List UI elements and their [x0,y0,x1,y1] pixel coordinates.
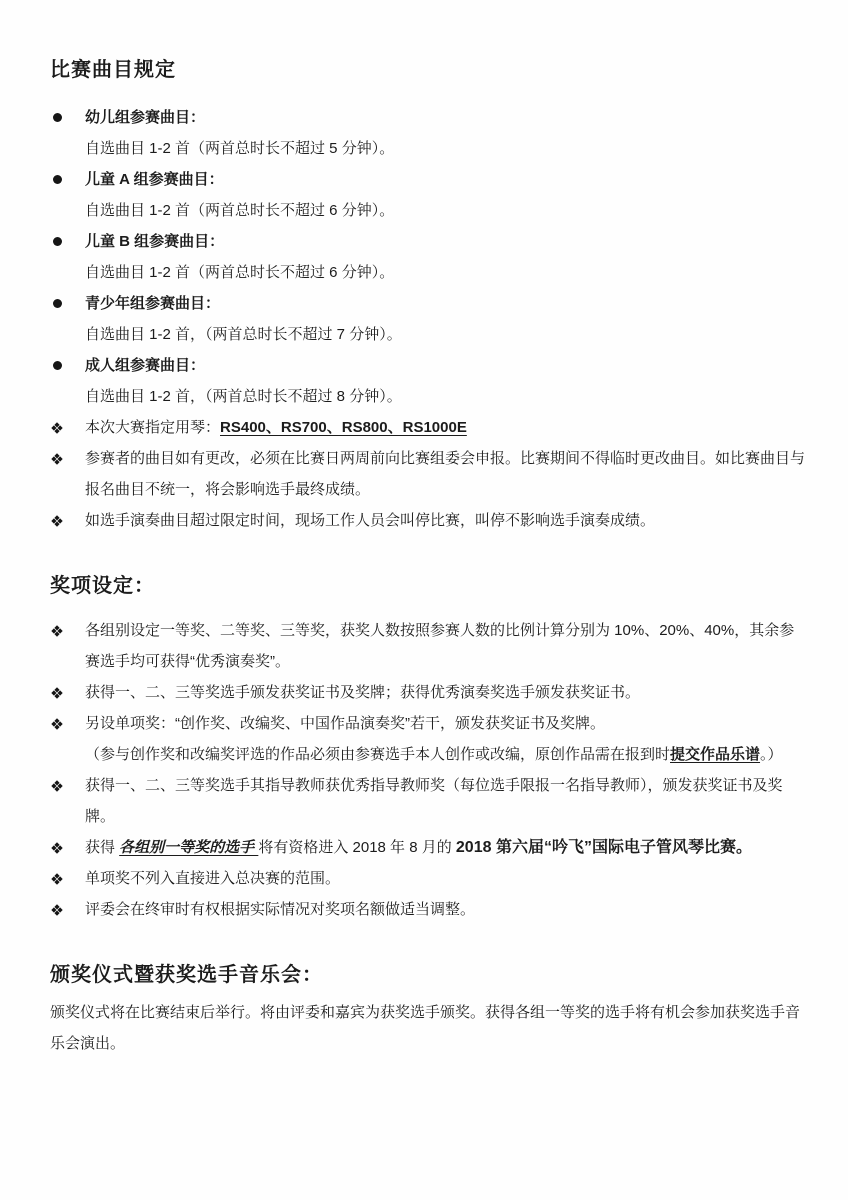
award-special-note: （参与创作奖和改编奖评选的作品必须由参赛选手本人创作或改编，原创作品需在报到时提… [85,739,805,770]
ceremony-section-title: 颁奖仪式暨获奖选手音乐会： [50,961,805,989]
award-item-finals: 获得 各组别一等奖的选手 将有资格进入 2018 年 8 月的 2018 第六届… [50,832,805,863]
group-label: 幼儿组参赛曲目： [85,102,805,133]
group-label: 儿童 B 组参赛曲目： [85,226,805,257]
designated-instruments-models: RS400、RS700、RS800、RS1000E [220,419,467,436]
circle-bullet-icon [53,175,62,184]
diamond-bullet-icon [51,873,63,885]
document-page: 比赛曲目规定 幼儿组参赛曲目： 自选曲目 1-2 首（两首总时长不超过 5 分钟… [0,0,848,1200]
finals-eligible-emphasis: 各组别一等奖的选手 [119,839,258,856]
group-detail: 自选曲目 1-2 首，（两首总时长不超过 8 分钟）。 [85,381,805,412]
group-detail-children-b: 自选曲目 1-2 首（两首总时长不超过 6 分钟）。 [50,257,805,288]
group-detail-youth: 自选曲目 1-2 首，（两首总时长不超过 7 分钟）。 [50,319,805,350]
group-label: 成人组参赛曲目： [85,350,805,381]
award-single-scope-text: 单项奖不列入直接进入总决赛的范围。 [85,863,805,894]
award-item-single-scope: 单项奖不列入直接进入总决赛的范围。 [50,863,805,894]
note-change-policy: 参赛者的曲目如有更改，必须在比赛日两周前向比赛组委会申报。比赛期间不得临时更改曲… [50,443,805,505]
overtime-policy-text: 如选手演奏曲目超过限定时间，现场工作人员会叫停比赛，叫停不影响选手演奏成绩。 [85,505,805,536]
awards-list: 各组别设定一等奖、二等奖、三等奖，获奖人数按照参赛人数的比例计算分别为 10%、… [50,615,805,925]
ceremony-body-paragraph: 颁奖仪式将在比赛结束后举行。将由评委和嘉宾为获奖选手颁奖。获得各组一等奖的选手将… [50,997,805,1059]
circle-bullet-icon [53,113,62,122]
award-special-text: 另设单项奖：“创作奖、改编奖、中国作品演奏奖”若干，颁发获奖证书及奖牌。 [85,708,805,739]
group-item-infant: 幼儿组参赛曲目： [50,102,805,133]
group-detail: 自选曲目 1-2 首（两首总时长不超过 6 分钟）。 [85,257,805,288]
group-detail-children-a: 自选曲目 1-2 首（两首总时长不超过 6 分钟）。 [50,195,805,226]
diamond-bullet-icon [51,515,63,527]
diamond-bullet-icon [51,453,63,465]
group-label: 青少年组参赛曲目： [85,288,805,319]
group-item-children-b: 儿童 B 组参赛曲目： [50,226,805,257]
group-detail: 自选曲目 1-2 首（两首总时长不超过 5 分钟）。 [85,133,805,164]
group-item-children-a: 儿童 A 组参赛曲目： [50,164,805,195]
finals-event-name: 2018 第六届“吟飞”国际电子管风琴比赛。 [456,839,752,856]
group-detail: 自选曲目 1-2 首，（两首总时长不超过 7 分钟）。 [85,319,805,350]
diamond-bullet-icon [51,625,63,637]
group-label: 儿童 A 组参赛曲目： [85,164,805,195]
change-policy-text: 参赛者的曲目如有更改，必须在比赛日两周前向比赛组委会申报。比赛期间不得临时更改曲… [85,443,805,505]
award-jury-text: 评委会在终审时有权根据实际情况对奖项名额做适当调整。 [85,894,805,925]
note-overtime-policy: 如选手演奏曲目超过限定时间，现场工作人员会叫停比赛，叫停不影响选手演奏成绩。 [50,505,805,536]
group-detail-infant: 自选曲目 1-2 首（两首总时长不超过 5 分钟）。 [50,133,805,164]
diamond-bullet-icon [51,904,63,916]
award-item-tier-ratio: 各组别设定一等奖、二等奖、三等奖，获奖人数按照参赛人数的比例计算分别为 10%、… [50,615,805,677]
diamond-bullet-icon [51,780,63,792]
award-tier-ratio-text: 各组别设定一等奖、二等奖、三等奖，获奖人数按照参赛人数的比例计算分别为 10%、… [85,615,805,677]
group-item-youth: 青少年组参赛曲目： [50,288,805,319]
award-item-certificates: 获得一、二、三等奖选手颁发获奖证书及奖牌；获得优秀演奏奖选手颁发获奖证书。 [50,677,805,708]
group-detail-adult: 自选曲目 1-2 首，（两首总时长不超过 8 分钟）。 [50,381,805,412]
circle-bullet-icon [53,237,62,246]
award-certificates-text: 获得一、二、三等奖选手颁发获奖证书及奖牌；获得优秀演奏奖选手颁发获奖证书。 [85,677,805,708]
repertoire-section-title: 比赛曲目规定 [50,56,805,84]
awards-section-title: 奖项设定： [50,572,805,600]
award-item-special: 另设单项奖：“创作奖、改编奖、中国作品演奏奖”若干，颁发获奖证书及奖牌。 （参与… [50,708,805,770]
award-item-jury: 评委会在终审时有权根据实际情况对奖项名额做适当调整。 [50,894,805,925]
repertoire-list: 幼儿组参赛曲目： 自选曲目 1-2 首（两首总时长不超过 5 分钟）。 儿童 A… [50,102,805,536]
diamond-bullet-icon [51,718,63,730]
designated-instruments-label: 本次大赛指定用琴： [85,419,220,436]
circle-bullet-icon [53,299,62,308]
submit-score-emphasis: 提交作品乐谱 [670,746,760,763]
circle-bullet-icon [53,361,62,370]
diamond-bullet-icon [51,422,63,434]
note-designated-instruments: 本次大赛指定用琴：RS400、RS700、RS800、RS1000E [50,412,805,443]
diamond-bullet-icon [51,687,63,699]
group-detail: 自选曲目 1-2 首（两首总时长不超过 6 分钟）。 [85,195,805,226]
award-item-teacher: 获得一、二、三等奖选手其指导教师获优秀指导教师奖（每位选手限报一名指导教师），颁… [50,770,805,832]
group-item-adult: 成人组参赛曲目： [50,350,805,381]
award-teacher-text: 获得一、二、三等奖选手其指导教师获优秀指导教师奖（每位选手限报一名指导教师），颁… [85,770,805,832]
diamond-bullet-icon [51,842,63,854]
